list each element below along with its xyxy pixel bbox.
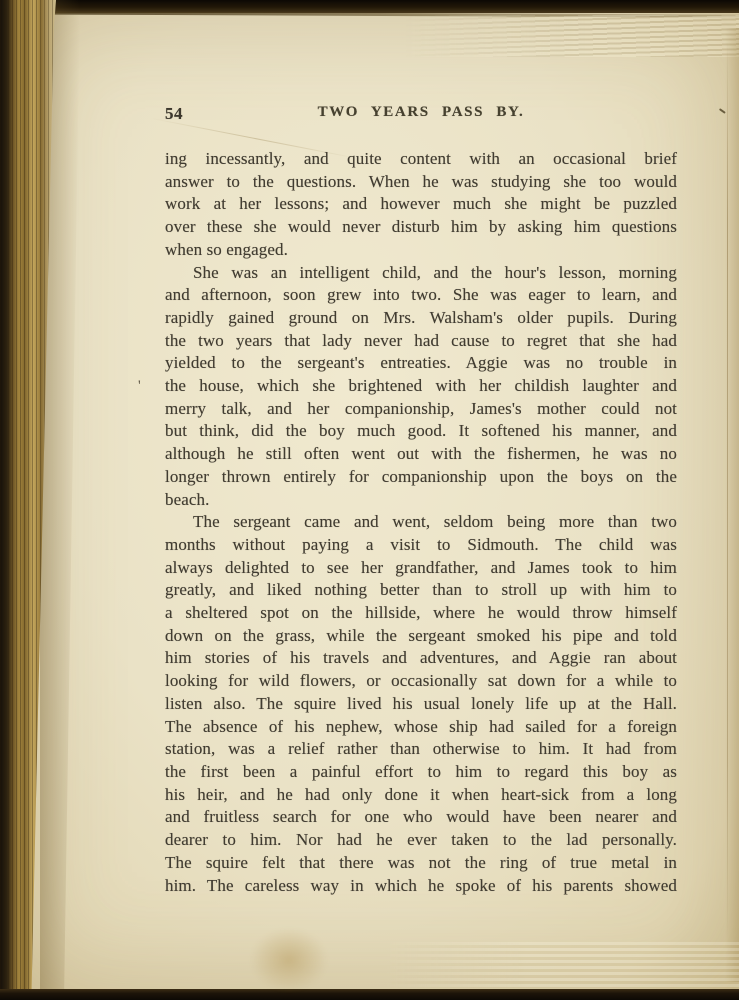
text-line: a sheltered spot on the hillside, where … (165, 602, 677, 625)
text-line: The absence of his nephew, whose ship ha… (165, 716, 677, 739)
text-line: ing incessantly, and quite content with … (165, 148, 677, 171)
printed-text-block: 54 TWO YEARS PASS BY. ing incessantly, a… (165, 104, 677, 897)
text-line: merry talk, and her companionship, James… (165, 398, 677, 421)
text-line: and afternoon, soon grew into two. She w… (165, 284, 677, 307)
text-line: station, was a relief rather than otherw… (165, 738, 677, 761)
text-line: The sergeant came and went, seldom being… (165, 511, 677, 534)
text-line: although he still often went out with th… (165, 443, 677, 466)
text-line: the first been a painful effort to him t… (165, 761, 677, 784)
text-line: The squire felt that there was not the r… (165, 852, 677, 875)
text-line: but think, did the boy much good. It sof… (165, 420, 677, 443)
text-line: work at her lessons; and however much sh… (165, 193, 677, 216)
page-fore-edge-line (727, 40, 728, 940)
text-line: over these she would never disturb him b… (165, 216, 677, 239)
text-line: listen also. The squire lived his usual … (165, 693, 677, 716)
page-stack-bottom-edge (384, 942, 739, 988)
text-line: rapidly gained ground on Mrs. Walsham's … (165, 307, 677, 330)
text-line: down on the grass, while the sergeant sm… (165, 625, 677, 648)
book-scan: ' 54 TWO YEARS PASS BY. ing incessantly,… (0, 0, 739, 1000)
paper-stain (250, 928, 328, 992)
text-line: the two years that lady never had cause … (165, 330, 677, 353)
text-line: and fruitless search for one who would h… (165, 806, 677, 829)
text-line: longer thrown entirely for companionship… (165, 466, 677, 489)
text-line: looking for wild flowers, or occasionall… (165, 670, 677, 693)
page-header: 54 TWO YEARS PASS BY. (165, 104, 677, 128)
text-line: him stories of his travels and adventure… (165, 647, 677, 670)
text-line: when so engaged. (165, 239, 677, 262)
body-text: ing incessantly, and quite content with … (165, 148, 677, 897)
text-line: the house, which she brightened with her… (165, 375, 677, 398)
text-line: months without paying a visit to Sidmout… (165, 534, 677, 557)
running-header-title: TWO YEARS PASS BY. (165, 104, 677, 121)
text-line: greatly, and liked nothing better than t… (165, 579, 677, 602)
page-stack-top-edge (399, 15, 739, 57)
text-line: him. The careless way in which he spoke … (165, 875, 677, 898)
text-line: dearer to him. Nor had he ever taken to … (165, 829, 677, 852)
text-line: beach. (165, 489, 677, 512)
text-line: yielded to the sergeant's entreaties. Ag… (165, 352, 677, 375)
margin-stray-mark: ' (138, 378, 141, 395)
book-cover-bottom-edge (0, 989, 739, 1000)
text-line: She was an intelligent child, and the ho… (165, 262, 677, 285)
text-line: answer to the questions. When he was stu… (165, 171, 677, 194)
text-line: always delighted to see her grandfather,… (165, 557, 677, 580)
text-line: his heir, and he had only done it when h… (165, 784, 677, 807)
